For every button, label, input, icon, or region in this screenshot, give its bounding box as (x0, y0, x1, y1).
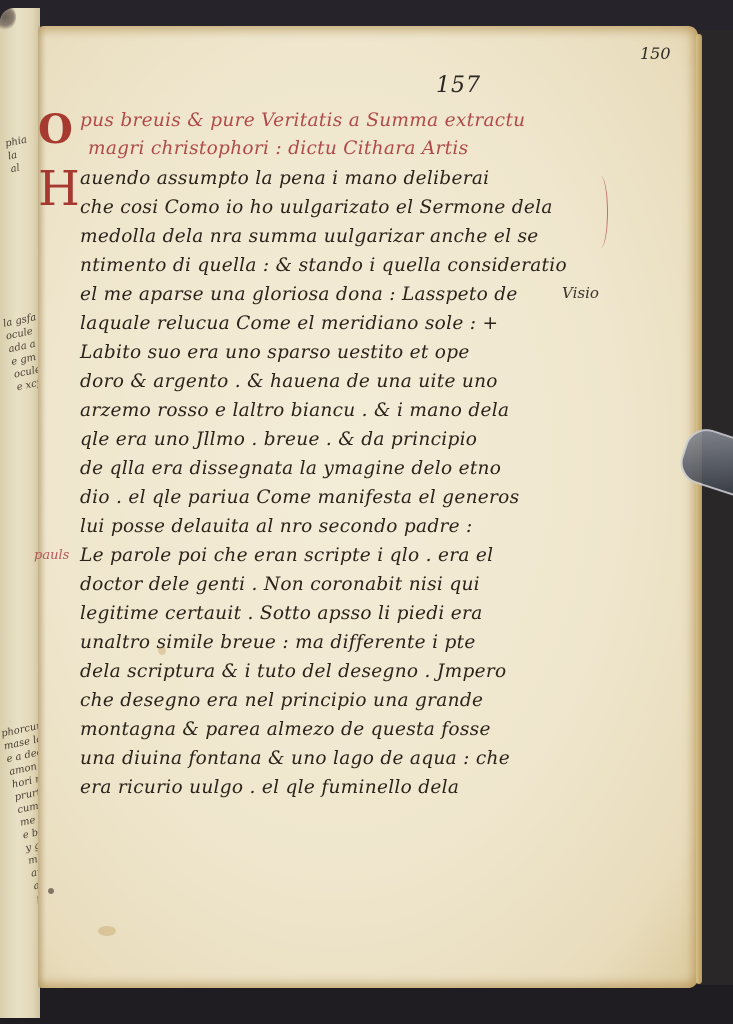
text-line: qle era uno Jllmo . breue . & da princip… (80, 429, 477, 450)
text-line: ntimento di quella : & stando i quella c… (80, 255, 567, 276)
text-line: laquale relucua Come el meridiano sole :… (80, 313, 498, 334)
text-line: doctor dele genti . Non coronabit nisi q… (80, 574, 480, 595)
verso-page-edge: phia la al la gsfa ocule ada a e gm ocul… (0, 8, 40, 1018)
folio-number: 150 (640, 44, 671, 63)
page-number: 157 (436, 73, 481, 98)
text-line: de qlla era dissegnata la ymagine delo e… (80, 458, 501, 479)
decorated-initial-h: H (38, 161, 80, 217)
rubric-initial-o: O (38, 106, 73, 153)
text-line: el me aparse una gloriosa dona : Lasspet… (80, 284, 518, 305)
text-line: unaltro simile breue : ma differente i p… (80, 632, 476, 653)
text-line: Le parole poi che eran scripte i qlo . e… (80, 545, 493, 566)
verso-text-lower: phorcum mase la e a dec amon te hori mod… (0, 718, 40, 906)
text-line: medolla dela nra summa uulgarizar anche … (80, 226, 539, 247)
scan-background-bottom (0, 985, 733, 1024)
text-line: lui posse delauita al nro secondo padre … (80, 516, 473, 537)
text-line: era ricurio uulgo . el qle fuminello del… (80, 777, 459, 798)
text-line: montagna & parea almezo de questa fosse (80, 719, 491, 740)
marginal-note-visio: Visio (562, 284, 599, 302)
text-line: che cosi Como io ho uulgarizato el Sermo… (80, 197, 553, 218)
recto-page: 150 157 O H pus breuis & pure Veritatis … (38, 26, 698, 988)
text-line: dio . el qle pariua Come manifesta el ge… (80, 487, 519, 508)
text-line: una diuina fontana & uno lago de aqua : … (80, 748, 510, 769)
verso-text-upper: phia la al (4, 133, 34, 176)
marginal-note-pauls: pauls (34, 548, 69, 563)
text-line: arzemo rosso e laltro biancu . & i mano … (80, 400, 509, 421)
stain (98, 926, 116, 936)
text-line: auendo assumpto la pena i mano deliberai (80, 168, 489, 189)
stain (48, 888, 54, 894)
rubric-brace (593, 176, 608, 248)
page-edge (696, 34, 702, 984)
text-line: Labito suo era uno sparso uestito et ope (80, 342, 470, 363)
rubric-line: magri christophori : dictu Cithara Artis (88, 138, 468, 159)
text-line: doro & argento . & hauena de una uite un… (80, 371, 498, 392)
ink-blot (0, 8, 16, 30)
text-line: legitime certauit . Sotto apsso li piedi… (80, 603, 483, 624)
verso-text-middle: la gsfa ocule ada a e gm ocule e xcfa (2, 311, 40, 394)
text-line: dela scriptura & i tuto del desegno . Jm… (80, 661, 506, 682)
text-line: che desegno era nel principio una grande (80, 690, 483, 711)
rubric-line: pus breuis & pure Veritatis a Summa extr… (80, 110, 525, 131)
